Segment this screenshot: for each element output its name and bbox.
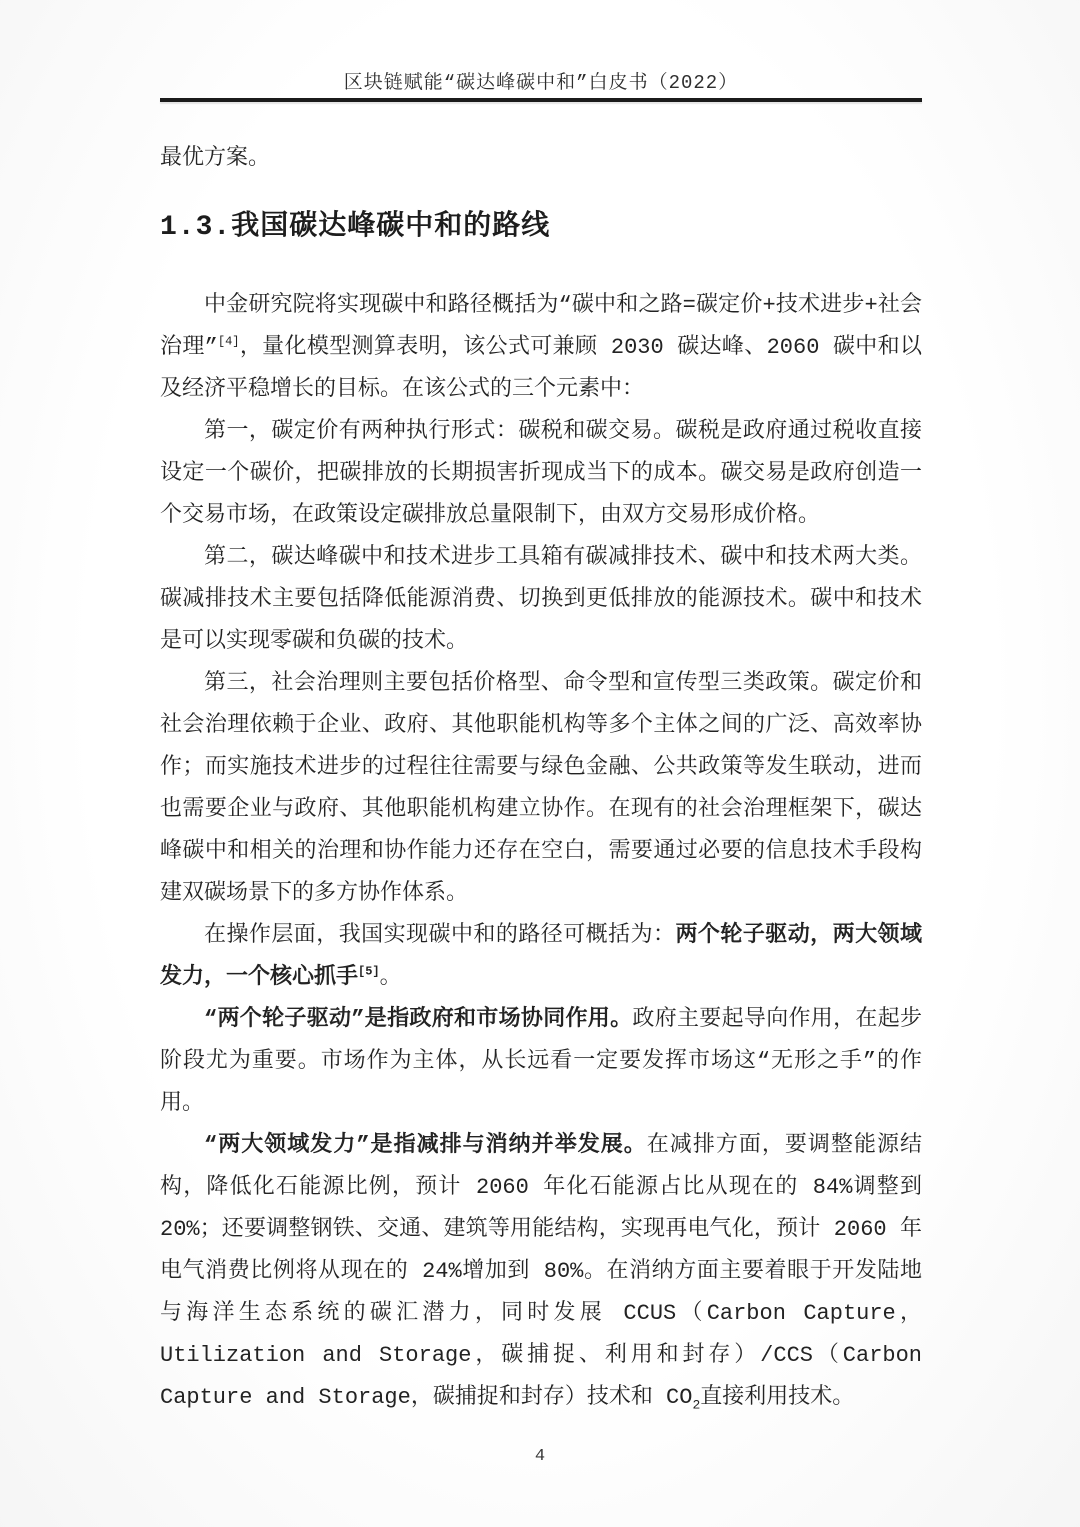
page-number: 4 <box>0 1445 1080 1469</box>
document-content: 最优方案。 1.3.我国碳达峰碳中和的路线 中金研究院将实现碳中和路径概括为“碳… <box>160 138 922 1419</box>
text-run: 在减排方面，要调整能源结构，降低化石能源比例，预计 2060 年化石能源占比从现… <box>160 1133 922 1410</box>
text-run: 直接利用技术。 <box>700 1385 854 1410</box>
paragraph-5: 在操作层面，我国实现碳中和的路径可概括为：两个轮子驱动，两大领域发力，一个核心抓… <box>160 915 922 999</box>
page-header-title: 区块链赋能“碳达峰碳中和”白皮书（2022） <box>160 70 922 96</box>
paragraph-7: “两大领域发力”是指减排与消纳并举发展。在减排方面，要调整能源结构，降低化石能源… <box>160 1125 922 1419</box>
header-divider <box>160 98 922 102</box>
paragraph-6: “两个轮子驱动”是指政府和市场协同作用。政府主要起导向作用，在起步阶段尤为重要。… <box>160 999 922 1125</box>
text-run: ，量化模型测算表明，该公式可兼顾 2030 碳达峰、2060 碳中和以及经济平稳… <box>160 335 922 402</box>
document-page: 区块链赋能“碳达峰碳中和”白皮书（2022） 最优方案。 1.3.我国碳达峰碳中… <box>0 0 1080 1527</box>
paragraph-leading-fragment: 最优方案。 <box>160 138 922 180</box>
paragraph-1: 中金研究院将实现碳中和路径概括为“碳中和之路=碳定价+技术进步+社会治理”[4]… <box>160 285 922 411</box>
text-run: 。 <box>380 965 402 990</box>
bold-text-run: “两个轮子驱动”是指政府和市场协同作用。 <box>204 1007 632 1032</box>
paragraph-3: 第二，碳达峰碳中和技术进步工具箱有碳减排技术、碳中和技术两大类。碳减排技术主要包… <box>160 537 922 663</box>
text-run: 在操作层面，我国实现碳中和的路径可概括为： <box>204 923 675 948</box>
section-heading: 1.3.我国碳达峰碳中和的路线 <box>160 208 922 248</box>
bold-text-run: “两大领域发力”是指减排与消纳并举发展。 <box>204 1133 647 1158</box>
paragraph-4: 第三，社会治理则主要包括价格型、命令型和宣传型三类政策。碳定价和社会治理依赖于企… <box>160 663 922 915</box>
paragraph-2: 第一，碳定价有两种执行形式：碳税和碳交易。碳税是政府通过税收直接设定一个碳价，把… <box>160 411 922 537</box>
footnote-ref-4: [4] <box>218 335 240 349</box>
footnote-ref-5: [5] <box>358 965 380 979</box>
